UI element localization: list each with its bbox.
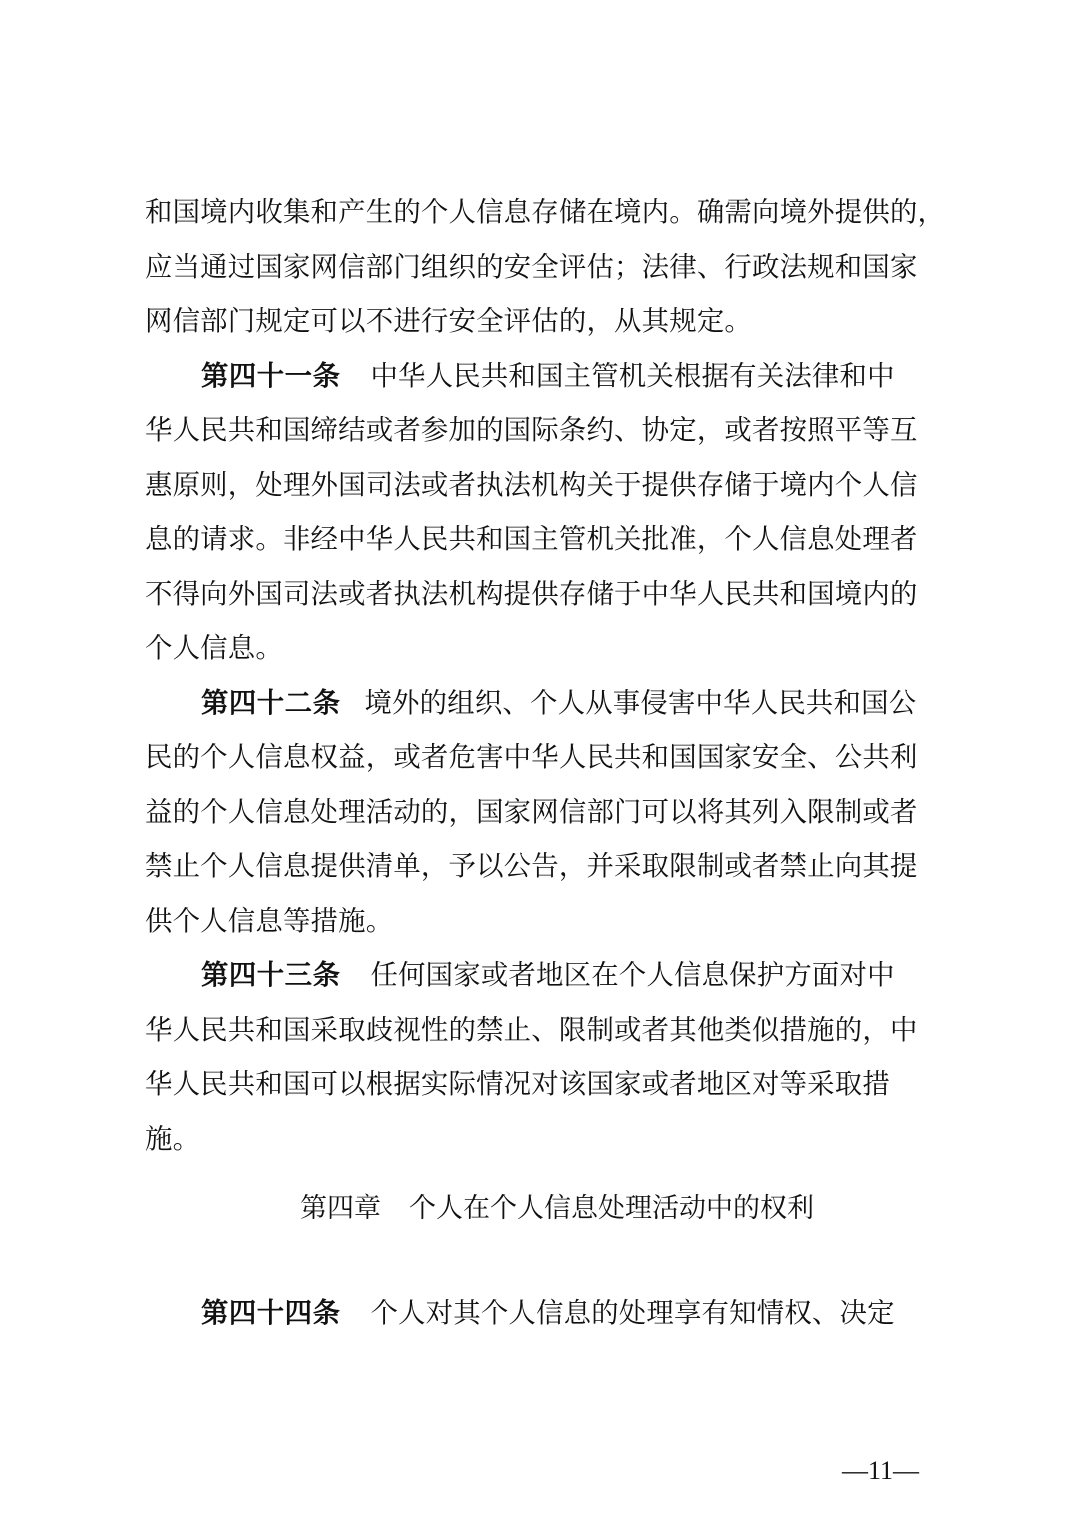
article-44: 第四十四条个人对其个人信息的处理享有知情权、决定 xyxy=(145,1287,945,1342)
chapter-number: 第四章 xyxy=(300,1193,381,1224)
text-line: 益的个人信息处理活动的，国家网信部门可以将其列入限制或者 xyxy=(145,786,945,841)
article-text: 中华人民共和国主管机关根据有关法律和中 xyxy=(370,361,894,392)
text-line: 和国境内收集和产生的个人信息存储在境内。确需向境外提供的， xyxy=(145,186,945,241)
article-41-heading-line: 第四十一条中华人民共和国主管机关根据有关法律和中 xyxy=(145,350,945,405)
article-44-heading-line: 第四十四条个人对其个人信息的处理享有知情权、决定 xyxy=(145,1287,945,1342)
text-line: 应当通过国家网信部门组织的安全评估；法律、行政法规和国家 xyxy=(145,241,945,296)
article-text: 境外的组织、个人从事侵害中华人民共和国公 xyxy=(364,688,916,719)
text-line: 个人信息。 xyxy=(145,622,945,677)
article-number: 第四十四条 xyxy=(201,1298,340,1329)
text-line: 惠原则，处理外国司法或者执法机构关于提供存储于境内个人信 xyxy=(145,459,945,514)
text-line: 施。 xyxy=(145,1113,945,1168)
article-43-heading-line: 第四十三条任何国家或者地区在个人信息保护方面对中 xyxy=(145,949,945,1004)
article-number: 第四十二条 xyxy=(201,688,340,719)
text-line: 息的请求。非经中华人民共和国主管机关批准，个人信息处理者 xyxy=(145,513,945,568)
chapter-title: 个人在个人信息处理活动中的权利 xyxy=(409,1193,814,1224)
document-body: 和国境内收集和产生的个人信息存储在境内。确需向境外提供的， 应当通过国家网信部门… xyxy=(145,186,945,1167)
article-number: 第四十一条 xyxy=(201,361,340,392)
text-line: 供个人信息等措施。 xyxy=(145,895,945,950)
article-42-heading-line: 第四十二条境外的组织、个人从事侵害中华人民共和国公 xyxy=(145,677,945,732)
text-line: 华人民共和国可以根据实际情况对该国家或者地区对等采取措 xyxy=(145,1058,945,1113)
text-line: 华人民共和国采取歧视性的禁止、限制或者其他类似措施的，中 xyxy=(145,1004,945,1059)
article-text: 个人对其个人信息的处理享有知情权、决定 xyxy=(370,1298,894,1329)
text-line: 华人民共和国缔结或者参加的国际条约、协定，或者按照平等互 xyxy=(145,404,945,459)
article-number: 第四十三条 xyxy=(201,960,340,991)
page-number: —11— xyxy=(842,1453,919,1489)
text-line: 网信部门规定可以不进行安全评估的，从其规定。 xyxy=(145,295,945,350)
text-line: 民的个人信息权益，或者危害中华人民共和国国家安全、公共利 xyxy=(145,731,945,786)
text-line: 禁止个人信息提供清单，予以公告，并采取限制或者禁止向其提 xyxy=(145,840,945,895)
text-line: 不得向外国司法或者执法机构提供存储于中华人民共和国境内的 xyxy=(145,568,945,623)
chapter-heading: 第四章个人在个人信息处理活动中的权利 xyxy=(0,1182,1074,1236)
article-text: 任何国家或者地区在个人信息保护方面对中 xyxy=(370,960,894,991)
